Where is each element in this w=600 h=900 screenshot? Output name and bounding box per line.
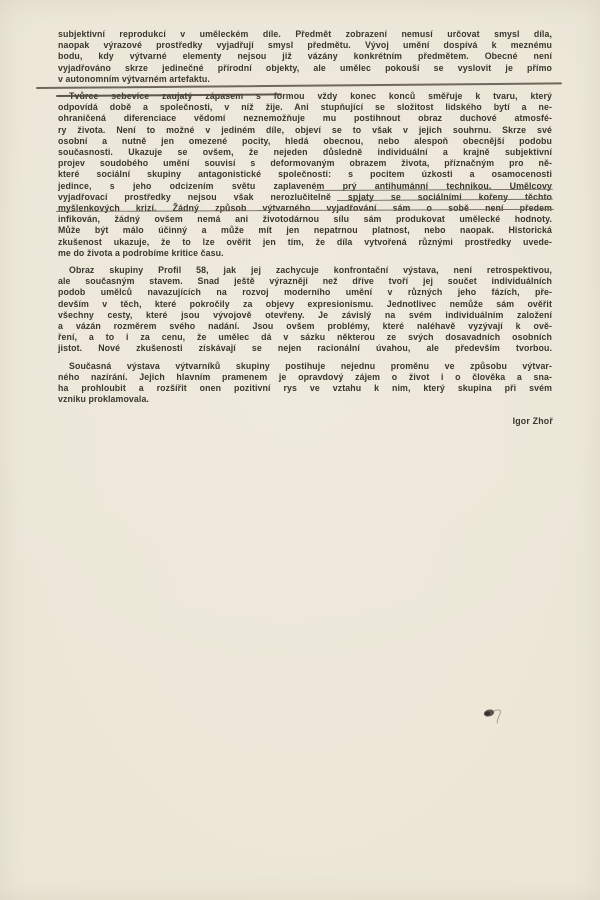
text-line: bodu, kdy výtvarné elementy nejsou již v… [58, 51, 552, 62]
text-line: jistot. Nové zkušenosti získávají se nej… [58, 343, 552, 354]
paragraph: subjektivní reprodukcí v uměleckém díle.… [58, 29, 552, 85]
paragraph: Současná výstava výtvarníků skupiny post… [58, 361, 552, 406]
text-line: infikován, žádný ovšem nemá ani životodá… [58, 214, 552, 225]
text-line: současnosti. Ukazuje se ovšem, že nejede… [58, 147, 552, 158]
text-line: ohraničená diferenciace vědomí neznemožň… [58, 113, 552, 124]
text-line: a vázán rozměrem svého nadání. Jsou ovše… [58, 321, 552, 332]
text-line: Tvůrce sebevíce zaujatý zápasem s formou… [58, 91, 552, 102]
text-line: osobní a nutně jen omezené pocity, hledá… [58, 136, 552, 147]
text-line: všechny cesty, které jsou vývojově otevř… [58, 310, 552, 321]
text-line: devším v těch, které pokročily za objevy… [58, 299, 552, 310]
paragraph: Obraz skupiny Profil 58, jak jej zachycu… [58, 265, 552, 355]
text-line: zkušenost ukazuje, že to lze ověřit jen … [58, 237, 552, 248]
text-line: podob umělců navazujících na rozvoj mode… [58, 287, 552, 298]
text-line: vyjadřováno skrze jedinečné přírodní obj… [58, 63, 552, 74]
scanned-document-page: subjektivní reprodukcí v uměleckém díle.… [0, 0, 600, 900]
text-line: odpovídá době a společnosti, v níž žije.… [58, 102, 552, 113]
text-line: me do života a podrobíme kritice času. [58, 248, 552, 259]
text-line: Obraz skupiny Profil 58, jak jej zachycu… [58, 265, 552, 276]
text-line: ale současným stavem. Snad ještě výrazně… [58, 276, 552, 287]
text-line: naopak výrazové prostředky vyjadřují smy… [58, 40, 552, 51]
text-line: Může být málo účinný a může mít jen nepa… [58, 225, 552, 236]
text-line: ření, a to i za cenu, že umělec dá v sáz… [58, 332, 552, 343]
text-line: subjektivní reprodukcí v uměleckém díle.… [58, 29, 552, 40]
text-line: vyjadřovací prostředky nejsou však neroz… [58, 192, 552, 203]
text-line: ha prohloubit a rozšířit onen pozitivní … [58, 383, 552, 394]
paragraph: Tvůrce sebevíce zaujatý zápasem s formou… [58, 91, 552, 259]
text-line: ného nazírání. Jejich hlavním pramenem j… [58, 372, 552, 383]
ink-blot [480, 704, 510, 732]
text-line: ry života. Není to možné v jediném díle,… [58, 125, 552, 136]
text-line: které sociální skupiny antagonistické sp… [58, 169, 552, 180]
text-line: Současná výstava výtvarníků skupiny post… [58, 361, 552, 372]
text-line: vzniku proklamovala. [58, 394, 552, 405]
author-signature: Igor Zhoř [513, 416, 553, 426]
text-line: projev soudobého umění souvisí s deformo… [58, 158, 552, 169]
